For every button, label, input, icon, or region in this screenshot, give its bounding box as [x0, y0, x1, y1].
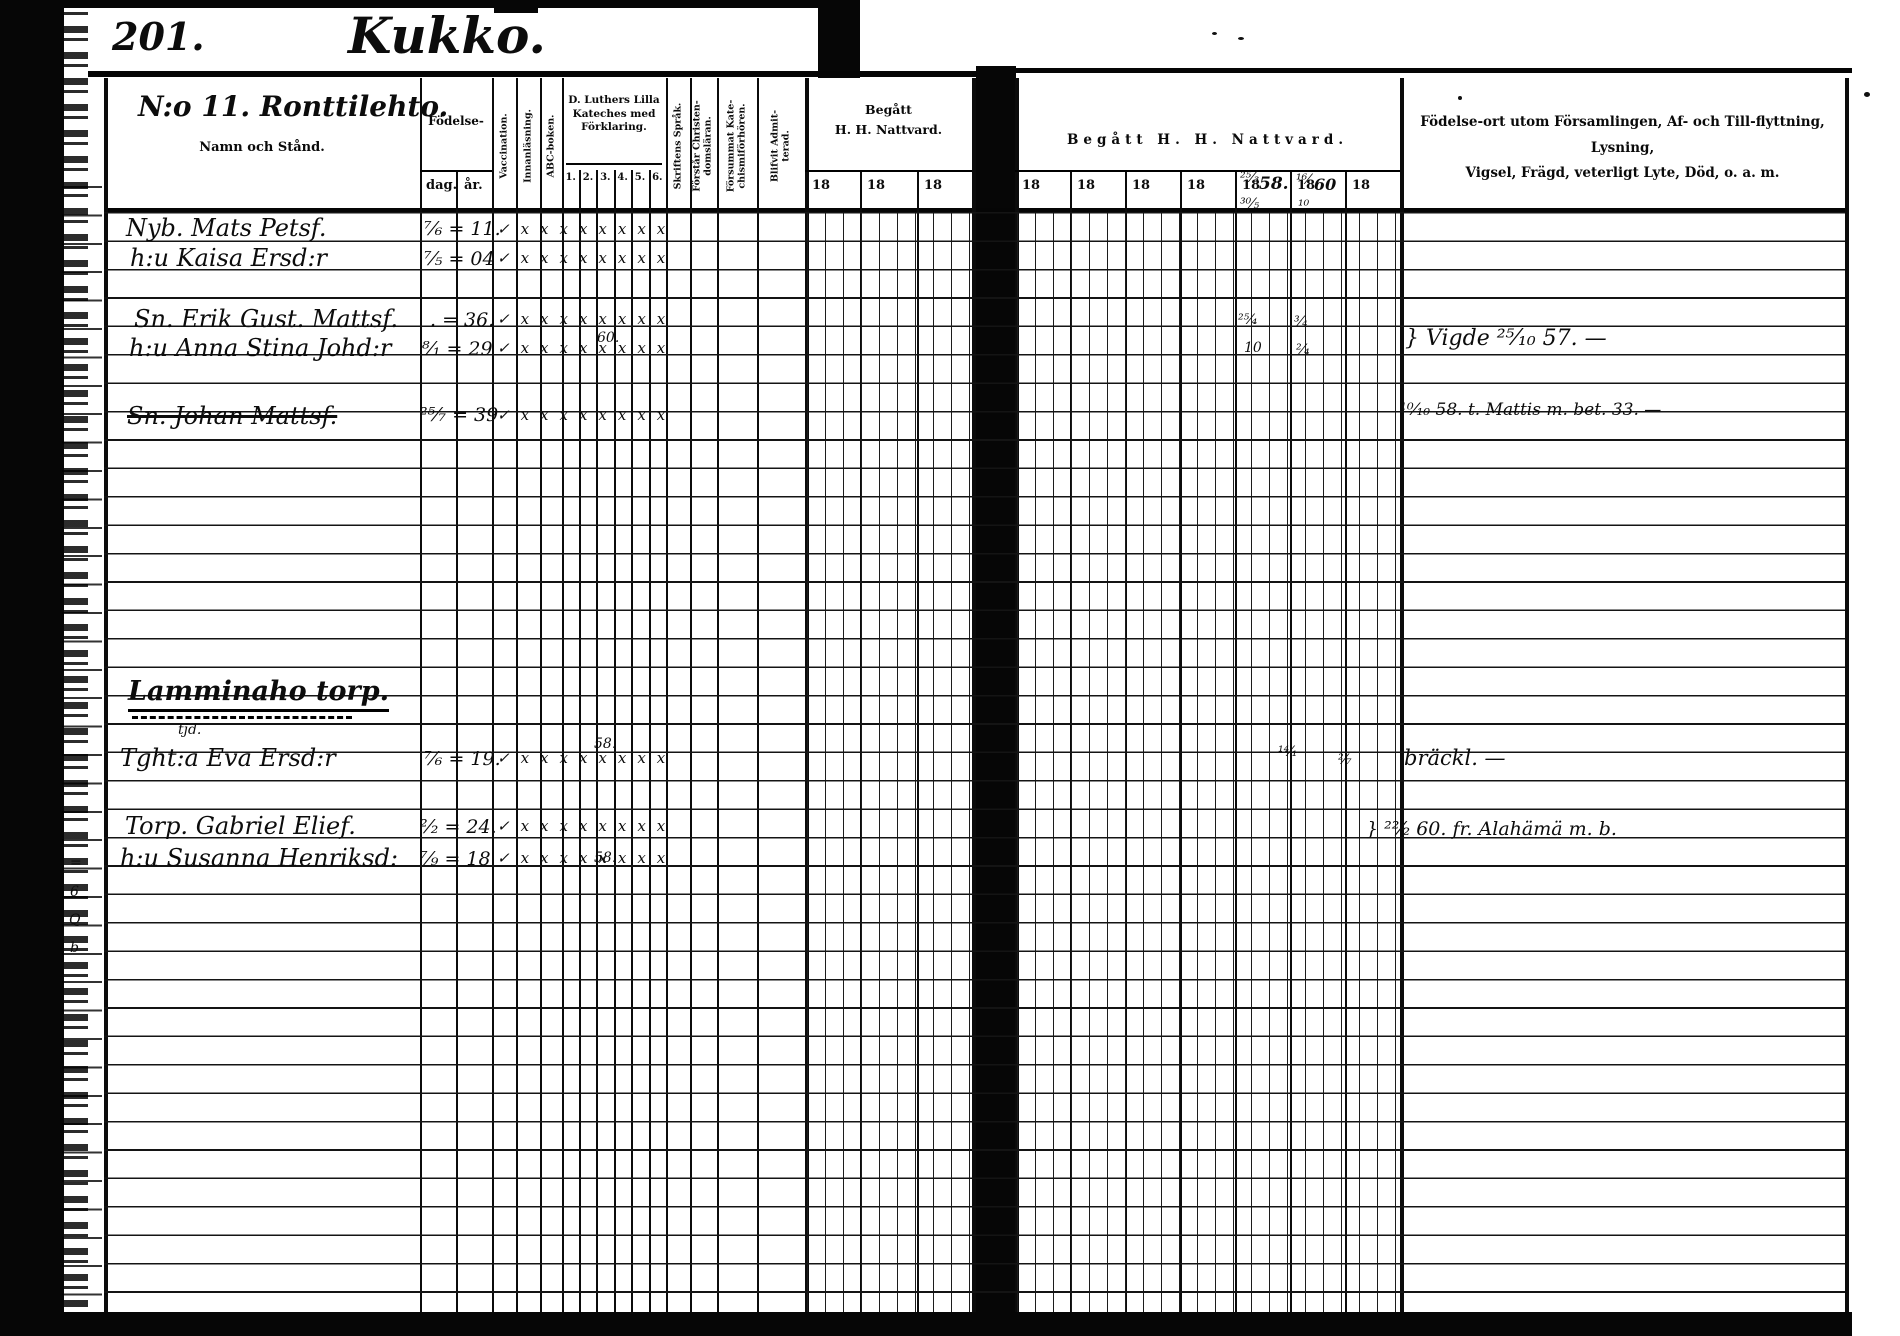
row-name: Nyb. Mats Petsf. [126, 214, 327, 242]
col-header-missed-exams: Försummat Kate- chismiförhören. [726, 79, 749, 213]
catechism-part-2: 2. [583, 172, 593, 183]
row-name: h:u Kaisa Ersd:r [130, 244, 327, 272]
communion-cell: ²⁄₄ [1296, 342, 1310, 358]
scan-bottom-edge [64, 1312, 1852, 1336]
year-cell: 18 [1015, 172, 1070, 212]
row-marks: ✓xxxxxxxx [497, 249, 676, 267]
col-header-abc-book: ABC-boken. [545, 79, 556, 213]
communion-cell: ²⁵⁄₄ [1238, 312, 1257, 328]
col-header-birth: Födelse- [420, 114, 492, 128]
row-name: Tght:a Eva Ersd:r [120, 744, 336, 772]
col-header-name: Namn och Stånd. [104, 140, 420, 155]
col-header-communion-right: Begått H. H. Nattvard. [1015, 132, 1400, 148]
row-birth: ⁷⁄₆ = 11. [424, 218, 501, 240]
margin-row-stubs [62, 186, 102, 1312]
scan-speck [1212, 32, 1217, 35]
communion-cell: ¹⁴⁄₁ [1278, 744, 1297, 760]
communion-cell: ¹⁰ [1298, 198, 1309, 214]
scan-speck [1864, 92, 1870, 97]
catechism-underline [566, 163, 662, 165]
catechism-part-4: 4. [617, 172, 627, 183]
row-marks: ✓xxxxxxxx [497, 406, 676, 424]
row-birth: ⁸⁄₁ = 29 [422, 338, 493, 360]
row-name: h:u Anna Stina Johd:r [129, 334, 391, 362]
catechism-part-6: 6. [652, 172, 662, 183]
row-birth: ⁷⁄₅ = 04 [424, 248, 495, 270]
year-cell: 18 [1345, 172, 1400, 212]
col-header-catechism: D. Luthers Lilla Kateches med Förklaring… [564, 94, 664, 135]
year-cell: 18 [860, 172, 917, 212]
year-cell: 18 [917, 172, 972, 212]
section-heading: Lamminaho torp. [128, 676, 389, 712]
catechism-part-3: 3. [600, 172, 610, 183]
communion-right-years: 18 18 18 18 1858. 1860 18 [1015, 170, 1400, 212]
handwritten-year-60: 60 [1314, 175, 1336, 194]
note-from-alahama: } ²²⁄₂ 60. fr. Alahämä m. b. [1366, 818, 1617, 840]
year-cell: 18 [1125, 172, 1180, 212]
row-birth: ²⁵⁄₇ = 39 [420, 404, 498, 426]
row-birth: . = 36. [430, 309, 494, 331]
note-moved: ¹⁰⁄₁₀ 58. t. Mattis m. bet. 33. — [1400, 400, 1661, 420]
household-title: N:o 11. Ronttilehto. [138, 90, 448, 123]
communion-cell: ³⁰⁄₅ [1240, 196, 1259, 212]
catechism-part-1: 1. [565, 172, 575, 183]
table-top-border-right-page [1016, 68, 1852, 73]
catechism-part-5: 5. [635, 172, 645, 183]
col-header-understands: Förstår Christen- domsläran. [692, 79, 715, 213]
col-header-scripture: Skriftens Språk. [672, 79, 683, 213]
row-marks: ✓xxxxxxxx [497, 220, 676, 238]
row-extra-note: 58. [594, 850, 616, 866]
row-insert-above: tjd. [178, 722, 201, 738]
section-heading-underline [132, 716, 352, 719]
row-marks: ✓xxxxxxxx [497, 310, 676, 328]
col-header-birth-year: år. [456, 172, 492, 212]
communion-cell: ³⁄₄ [1294, 314, 1308, 330]
row-marks: ✓xxxxxxxx [497, 339, 676, 357]
communion-cell: ¹⁶⁄ [1296, 172, 1310, 188]
communion-cell: 10 [1244, 340, 1262, 356]
village-title: Kukko. [348, 6, 546, 65]
row-name-struck: Sn. Johan Mattsf. [127, 402, 337, 430]
year-cell: 18 [1180, 172, 1235, 212]
communion-left-years: 18 18 18 [805, 170, 972, 212]
scan-artifact [818, 0, 860, 78]
row-birth: ⁷⁄₆ = 19. [424, 748, 501, 770]
table-top-border-left-page [88, 71, 977, 77]
col-header-birth-day: dag. [420, 172, 456, 212]
page-number: 201. [112, 14, 205, 59]
row-marks: ✓xxxxxxxx [497, 817, 676, 835]
row-extra-note: 58. [594, 736, 616, 752]
communion-cell: ²⁄₇ [1338, 752, 1352, 768]
grid-vline [1845, 78, 1849, 1312]
catechism-subheader: 1. 2. 3. 4. 5. 6. [562, 172, 666, 183]
margin-scribble: = [70, 855, 82, 871]
handwritten-year-58: 58. [1259, 174, 1289, 194]
note-married: } Vigde ²⁵⁄₁₀ 57. — [1405, 326, 1607, 351]
margin-scribble: Q [69, 912, 80, 928]
col-header-admitted: Blifvit Admit- terad. [770, 79, 793, 213]
scan-speck [1238, 37, 1244, 40]
row-marks: ✓xxxxxxxx [497, 849, 676, 867]
row-birth: ²⁄₂ = 24. [420, 816, 497, 838]
scan-speck [1458, 96, 1462, 100]
col-header-reading: Innanläsning. [522, 79, 533, 213]
col-header-vaccination: Vaccination. [498, 79, 509, 213]
birth-subheader: dag. år. [420, 170, 492, 212]
row-extra-note: 60. [597, 330, 619, 346]
margin-scribble: b [70, 940, 79, 956]
row-rules [104, 212, 1845, 1312]
scanned-church-record-page: { "page": { "number": "201.", "place": "… [0, 0, 1900, 1336]
year-cell: 18 [1070, 172, 1125, 212]
row-name: Sn. Erik Gust. Mattsf. [134, 305, 398, 333]
row-birth: ⁷⁄₉ = 18 [420, 848, 491, 870]
row-name: h:u Susanna Henriksd: [120, 844, 398, 872]
col-header-notes: Födelse-ort utom Församlingen, Af- och T… [1402, 110, 1843, 187]
row-marks: ✓xxxxxxxx [497, 749, 676, 767]
note-frail: bräckl. — [1404, 746, 1506, 770]
col-header-communion-left: Begått H. H. Nattvard. [805, 100, 972, 140]
row-name: Torp. Gabriel Elief. [125, 812, 356, 840]
year-cell: 18 [805, 172, 860, 212]
communion-cell: ²⁵⁄₃ [1240, 170, 1259, 186]
book-binding-left-edge [0, 0, 64, 1336]
margin-scribble: 6 [70, 884, 79, 900]
